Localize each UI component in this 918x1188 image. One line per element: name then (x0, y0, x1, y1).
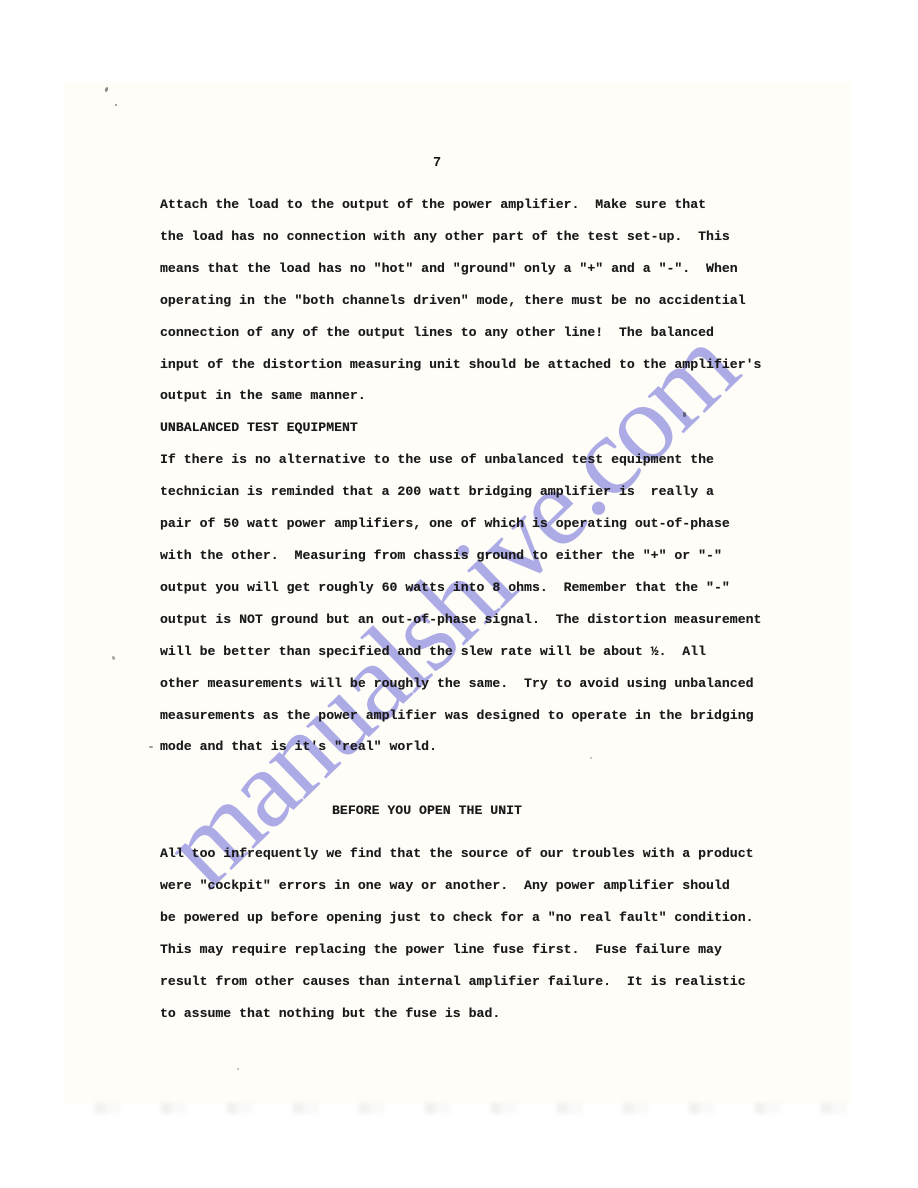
text-line: be powered up before opening just to che… (160, 902, 754, 934)
body-paragraphs: Attach the load to the output of the pow… (160, 189, 761, 763)
text-line: This may require replacing the power lin… (160, 934, 754, 966)
text-line: with the other. Measuring from chassis g… (160, 540, 761, 572)
scan-speck (237, 1068, 239, 1070)
text-line: to assume that nothing but the fuse is b… (160, 998, 754, 1030)
text-line: other measurements will be roughly the s… (160, 668, 761, 700)
section-heading: BEFORE YOU OPEN THE UNIT (332, 795, 522, 827)
text-line: UNBALANCED TEST EQUIPMENT (160, 412, 761, 444)
text-line: input of the distortion measuring unit s… (160, 349, 761, 381)
text-line: All too infrequently we find that the so… (160, 838, 754, 870)
text-line: If there is no alternative to the use of… (160, 444, 761, 476)
scan-speck (683, 412, 686, 417)
text-line: connection of any of the output lines to… (160, 317, 761, 349)
text-line: Attach the load to the output of the pow… (160, 189, 761, 221)
text-line: were "cockpit" errors in one way or anot… (160, 870, 754, 902)
scan-speck (115, 104, 117, 106)
text-line: output you will get roughly 60 watts int… (160, 572, 761, 604)
text-line: operating in the "both channels driven" … (160, 285, 761, 317)
page-number: 7 (433, 156, 441, 171)
text-line: output is NOT ground but an out-of-phase… (160, 604, 761, 636)
text-line: mode and that is it's "real" world. (160, 731, 761, 763)
document-page: manualshive.com 7 Attach the load to the… (64, 82, 852, 1105)
closing-paragraph: All too infrequently we find that the so… (160, 838, 754, 1029)
text-line: the load has no connection with any othe… (160, 221, 761, 253)
text-line: measurements as the power amplifier was … (160, 700, 761, 732)
text-line: result from other causes than internal a… (160, 966, 754, 998)
scanned-document: { "page": { "number": "7", "watermark_te… (0, 0, 918, 1188)
scan-speck (149, 746, 153, 748)
scan-speck (590, 757, 592, 759)
text-line: will be better than specified and the sl… (160, 636, 761, 668)
text-line: pair of 50 watt power amplifiers, one of… (160, 508, 761, 540)
scan-edge-artifacts (95, 1103, 855, 1114)
text-line: technician is reminded that a 200 watt b… (160, 476, 761, 508)
text-line: output in the same manner. (160, 380, 761, 412)
text-line: means that the load has no "hot" and "gr… (160, 253, 761, 285)
